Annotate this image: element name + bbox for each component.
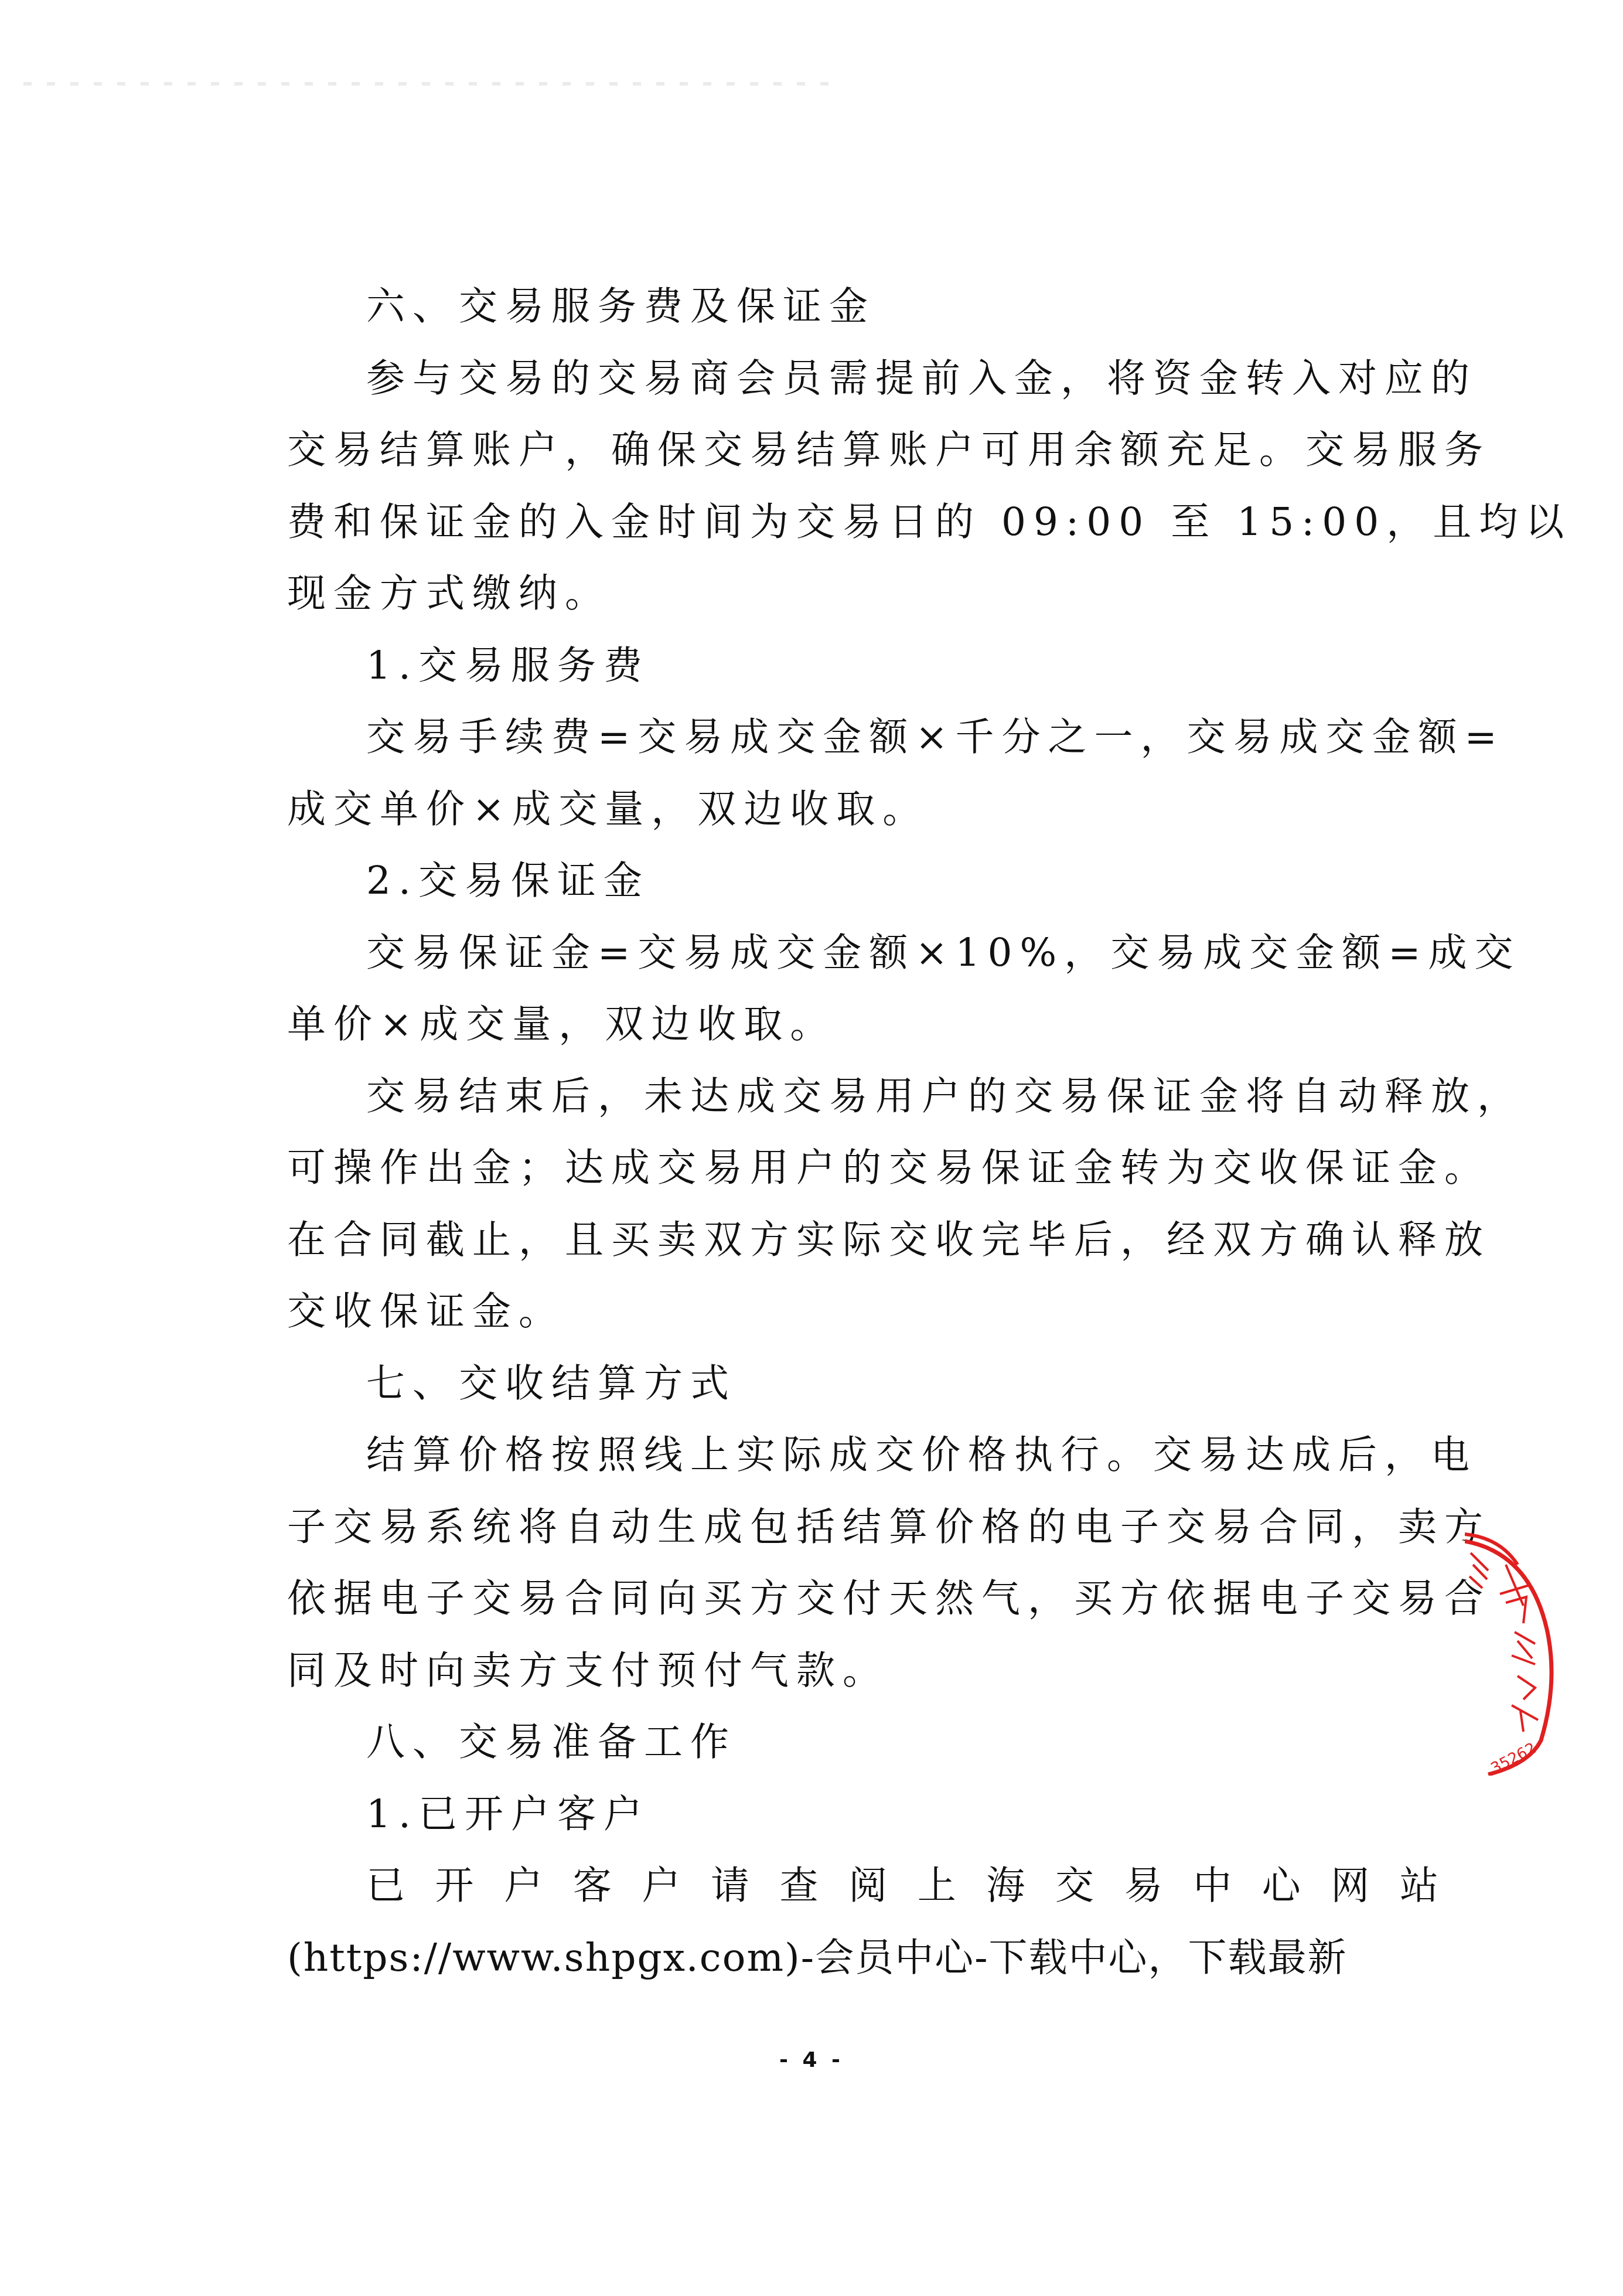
paragraph-line: 在合同截止，且买卖双方实际交收完毕后，经双方确认释放 [287, 1204, 1436, 1276]
justified-char: 已 [366, 1850, 405, 1922]
paragraph-line: 现金方式缴纳。 [287, 558, 1436, 630]
svg-text:35262: 35262 [1488, 1739, 1539, 1776]
paragraph-line: 单价×成交量，双边收取。 [287, 989, 1436, 1061]
justified-char: 户 [504, 1850, 543, 1922]
justified-char: 户 [642, 1850, 680, 1922]
subsection-heading-deposit: 2.交易保证金 [287, 845, 1436, 917]
document-body: 六、交易服务费及保证金 参与交易的交易商会员需提前入金，将资金转入对应的 交易结… [287, 271, 1436, 1994]
paragraph-line-justified: 已开户客户请查阅上海交易中心网站 [287, 1850, 1436, 1922]
justified-char: 请 [711, 1850, 749, 1922]
page-number: - 4 - [765, 2048, 858, 2072]
justified-char: 交 [1055, 1850, 1094, 1922]
paragraph-line: 交易手续费=交易成交金额×千分之一，交易成交金额= [287, 701, 1436, 774]
justified-char: 客 [573, 1850, 612, 1922]
section-heading-fees: 六、交易服务费及保证金 [287, 271, 1436, 343]
justified-char: 海 [986, 1850, 1025, 1922]
subsection-heading-existing-clients: 1.已开户客户 [287, 1779, 1436, 1851]
justified-char: 中 [1193, 1850, 1232, 1922]
justified-char: 站 [1400, 1850, 1438, 1922]
justified-char: 开 [435, 1850, 474, 1922]
seal-icon: 35262 [1465, 1529, 1559, 1776]
paragraph-line: 结算价格按照线上实际成交价格执行。交易达成后，电 [287, 1419, 1436, 1491]
paragraph-line-url: (https://www.shpgx.com)-会员中心-下载中心，下载最新 [287, 1922, 1436, 1994]
paragraph-line: 可操作出金；达成交易用户的交易保证金转为交收保证金。 [287, 1132, 1436, 1204]
justified-text: 已开户客户请查阅上海交易中心网站 [366, 1850, 1438, 1922]
justified-char: 易 [1124, 1850, 1163, 1922]
company-seal-stamp: 35262 [1465, 1529, 1559, 1776]
justified-char: 阅 [848, 1850, 887, 1922]
section-heading-preparation: 八、交易准备工作 [287, 1706, 1436, 1779]
justified-char: 上 [918, 1850, 956, 1922]
paragraph-line: 交易结束后，未达成交易用户的交易保证金将自动释放， [287, 1061, 1436, 1133]
section-heading-settlement: 七、交收结算方式 [287, 1348, 1436, 1420]
scan-artifact [23, 82, 844, 86]
justified-char: 网 [1331, 1850, 1369, 1922]
justified-char: 心 [1262, 1850, 1301, 1922]
paragraph-line: 费和保证金的入金时间为交易日的 09:00 至 15:00，且均以 [287, 486, 1436, 558]
paragraph-line: 交易保证金=交易成交金额×10%，交易成交金额=成交 [287, 917, 1436, 989]
paragraph-line: 参与交易的交易商会员需提前入金，将资金转入对应的 [287, 343, 1436, 415]
paragraph-line: 成交单价×成交量，双边收取。 [287, 774, 1436, 846]
subsection-heading-service-fee: 1.交易服务费 [287, 630, 1436, 702]
paragraph-line: 同及时向卖方支付预付气款。 [287, 1635, 1436, 1707]
paragraph-line: 依据电子交易合同向买方交付天然气，买方依据电子交易合 [287, 1563, 1436, 1635]
paragraph-line: 交收保证金。 [287, 1276, 1436, 1348]
paragraph-line: 子交易系统将自动生成包括结算价格的电子交易合同，卖方 [287, 1491, 1436, 1563]
paragraph-line: 交易结算账户，确保交易结算账户可用余额充足。交易服务 [287, 414, 1436, 486]
justified-char: 查 [780, 1850, 819, 1922]
website-link[interactable]: (https://www.shpgx.com)-会员中心-下载中心，下载最新 [287, 1935, 1347, 1980]
